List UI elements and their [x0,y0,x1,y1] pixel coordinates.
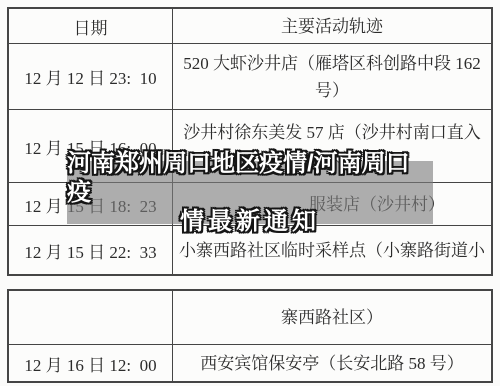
table-row: 寨西路社区） [9,291,491,344]
track-column-header: 主要活动轨迹 [173,9,491,43]
table-row: 12 月 12 日 23: 10 520 大虾沙井店（雁塔区科创路中段 162 … [9,43,491,109]
track-line: 沙井村徐东美发 57 店（沙井村南口直入 [183,119,481,146]
table-header-row: 日期 主要活动轨迹 [9,9,491,43]
track-cell: 寨西路社区） [173,291,491,344]
track-line: 520 大虾沙井店（雁塔区科创路中段 162 [183,50,481,77]
date-cell: 12 月 12 日 23: 10 [9,44,173,109]
track-column-header-label: 主要活动轨迹 [281,13,383,40]
track-line: 小寨西路社区临时采样点（小寨路街道小 [179,237,485,264]
watermark-overlay: 河南郑州周口地区疫情/河南周口疫 情最新通知 [67,161,433,224]
track-line: 西安宾馆保安亭（长安北路 58 号） [200,350,464,377]
date-cell: 12 月 16 日 12: 00 [9,345,173,381]
overlay-title-line: 河南郑州周口地区疫情/河南周口疫 [67,149,433,207]
track-line: 寨西路社区） [281,304,383,331]
epidemic-activity-track-page: 日期 主要活动轨迹 12 月 12 日 23: 10 520 大虾沙井店（雁塔区… [0,0,500,386]
track-cell: 520 大虾沙井店（雁塔区科创路中段 162 号） [173,44,491,109]
date-cell: 12 月 15 日 22: 33 [9,226,173,274]
track-line: 号） [315,77,349,104]
activity-track-table-lower: 寨西路社区） 12 月 16 日 12: 00 西安宾馆保安亭（长安北路 58 … [7,289,493,383]
date-cell [9,291,173,344]
overlay-title-line: 情最新通知 [180,207,320,236]
date-column-header: 日期 [9,9,173,43]
track-cell: 西安宾馆保安亭（长安北路 58 号） [173,345,491,381]
table-row: 12 月 16 日 12: 00 西安宾馆保安亭（长安北路 58 号） [9,344,491,381]
